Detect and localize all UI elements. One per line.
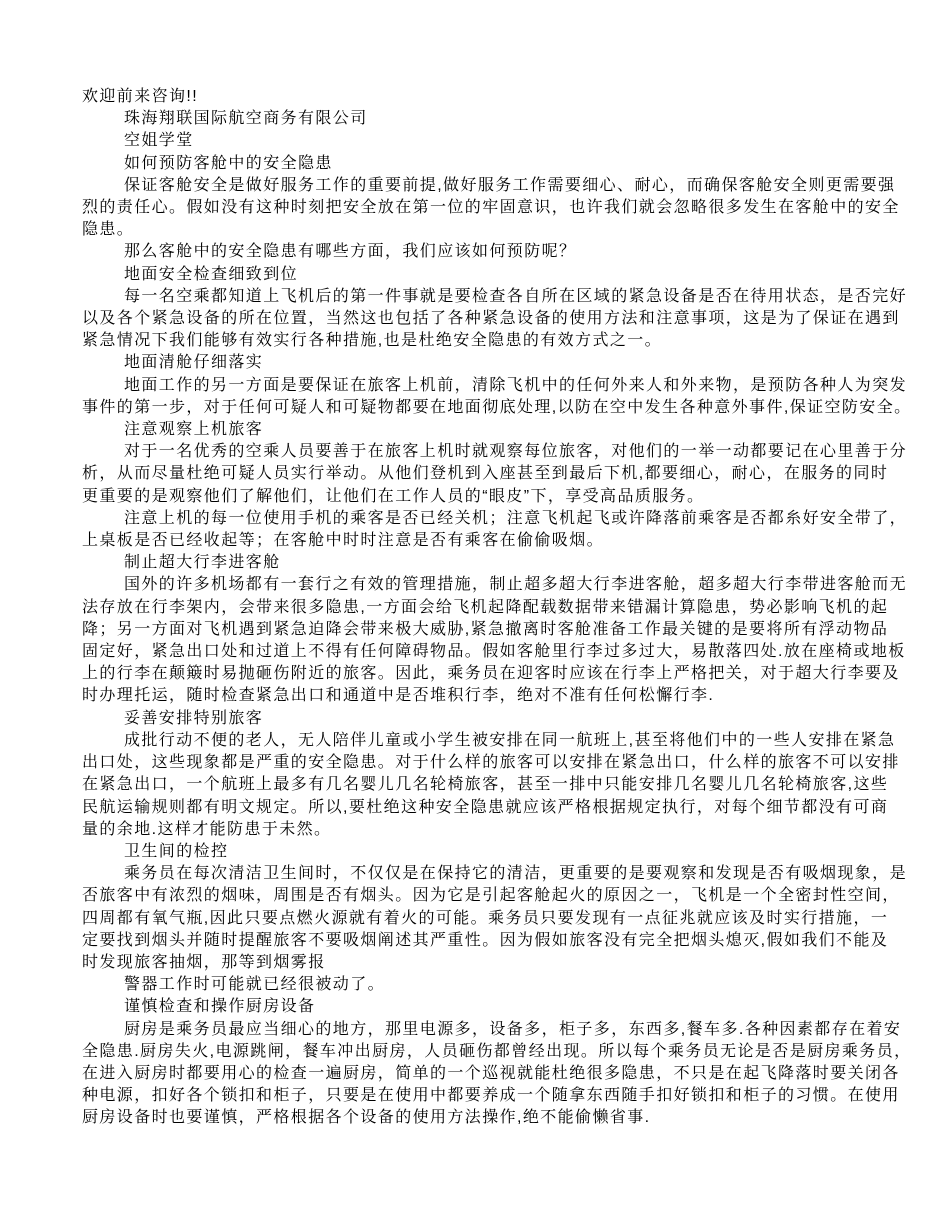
doc-line: 地面安全检查细致到位 xyxy=(82,264,878,286)
doc-line: 国外的许多机场都有一套行之有效的管理措施，制止超多超大行李进客舱，超多超大行李带… xyxy=(82,574,878,596)
document-page: 欢迎前来咨询!!珠海翔联国际航空商务有限公司空姐学堂如何预防客舱中的安全隐患保证… xyxy=(0,0,950,1230)
doc-line: 析，从而尽量杜绝可疑人员实行举动。从他们登机到入座甚至到最后下机,都要细心，耐心… xyxy=(82,463,878,485)
doc-line: 紧急情况下我们能够有效实行各种措施,也是杜绝安全隐患的有效方式之一。 xyxy=(82,330,878,352)
doc-line: 否旅客中有浓烈的烟味，周围是否有烟头。因为它是引起客舱起火的原因之一，飞机是一个… xyxy=(82,885,878,907)
doc-line: 欢迎前来咨询!! xyxy=(82,86,878,108)
doc-line: 珠海翔联国际航空商务有限公司 xyxy=(82,108,878,130)
doc-line: 出口处，这些现象都是严重的安全隐患。对于什么样的旅客可以安排在紧急出口，什么样的… xyxy=(82,752,878,774)
doc-line: 成批行动不便的老人，无人陪伴儿童或小学生被安排在同一航班上,甚至将他们中的一些人… xyxy=(82,730,878,752)
doc-line: 警器工作时可能就已经很被动了。 xyxy=(82,974,878,996)
doc-line: 制止超大行李进客舱 xyxy=(82,552,878,574)
doc-line: 种电源，扣好各个锁扣和柜子，只要是在使用中都要养成一个随拿东西随手扣好锁扣和柜子… xyxy=(82,1085,878,1107)
doc-line: 保证客舱安全是做好服务工作的重要前提,做好服务工作需要细心、耐心，而确保客舱安全… xyxy=(82,175,878,197)
doc-line: 时发现旅客抽烟，那等到烟雾报 xyxy=(82,952,878,974)
doc-line: 固定好，紧急出口处和过道上不得有任何障碍物品。假如客舱里行李过多过大，易散落四处… xyxy=(82,641,878,663)
doc-line: 法存放在行李架内，会带来很多隐患,一方面会给飞机起降配载数据带来错漏计算隐患，势… xyxy=(82,597,878,619)
doc-line: 那么客舱中的安全隐患有哪些方面，我们应该如何预防呢？ xyxy=(82,241,878,263)
doc-line: 厨房设备时也要谨慎，严格根据各个设备的使用方法操作,绝不能偷懒省事. xyxy=(82,1107,878,1129)
doc-line: 全隐患.厨房失火,电源跳闸，餐车冲出厨房，人员砸伤都曾经出现。所以每个乘务员无论… xyxy=(82,1041,878,1063)
doc-line: 在进入厨房时都要用心的检查一遍厨房，简单的一个巡视就能杜绝很多隐患，不只是在起飞… xyxy=(82,1063,878,1085)
doc-line: 烈的责任心。假如没有这种时刻把安全放在第一位的牢固意识，也许我们就会忽略很多发生… xyxy=(82,197,878,219)
doc-line: 每一名空乘都知道上飞机后的第一件事就是要检查各自所在区域的紧急设备是否在待用状态… xyxy=(82,286,878,308)
doc-line: 厨房是乘务员最应当细心的地方，那里电源多，设备多，柜子多，东西多,餐车多.各种因… xyxy=(82,1019,878,1041)
doc-line: 如何预防客舱中的安全隐患 xyxy=(82,153,878,175)
doc-line: 对于一名优秀的空乘人员要善于在旅客上机时就观察每位旅客，对他们的一举一动都要记在… xyxy=(82,441,878,463)
doc-line: 注意上机的每一位使用手机的乘客是否已经关机；注意飞机起飞或许降落前乘客是否都糸好… xyxy=(82,508,878,530)
document-body: 欢迎前来咨询!!珠海翔联国际航空商务有限公司空姐学堂如何预防客舱中的安全隐患保证… xyxy=(82,86,878,1130)
doc-line: 地面清舱仔细落实 xyxy=(82,352,878,374)
doc-line: 四周都有氧气瓶,因此只要点燃火源就有着火的可能。乘务员只要发现有一点征兆就应该及… xyxy=(82,908,878,930)
doc-line: 降；另一方面对飞机遇到紧急迫降会带来极大威胁,紧急撤离时客舱准备工作最关键的是要… xyxy=(82,619,878,641)
doc-line: 乘务员在每次清洁卫生间时，不仅仅是在保持它的清洁，更重要的是要观察和发现是否有吸… xyxy=(82,863,878,885)
doc-line: 上桌板是否已经收起等；在客舱中时时注意是否有乘客在偷偷吸烟。 xyxy=(82,530,878,552)
doc-line: 定要找到烟头并随时提醒旅客不要吸烟阐述其严重性。因为假如旅客没有完全把烟头熄灭,… xyxy=(82,930,878,952)
doc-line: 注意观察上机旅客 xyxy=(82,419,878,441)
doc-line: 地面工作的另一方面是要保证在旅客上机前，清除飞机中的任何外来人和外来物，是预防各… xyxy=(82,375,878,397)
doc-line: 民航运输规则都有明文规定。所以,要杜绝这种安全隐患就应该严格根据规定执行，对每个… xyxy=(82,797,878,819)
doc-line: 妥善安排特别旅客 xyxy=(82,708,878,730)
doc-line: 在紧急出口，一个航班上最多有几名婴儿几名轮椅旅客，甚至一排中只能安排几名婴儿几名… xyxy=(82,774,878,796)
doc-line: 谨慎检查和操作厨房设备 xyxy=(82,996,878,1018)
doc-line: 空姐学堂 xyxy=(82,130,878,152)
doc-line: 更重要的是观察他们了解他们，让他们在工作人员的“眼皮”下，享受高品质服务。 xyxy=(82,486,878,508)
doc-line: 量的余地.这样才能防患于未然。 xyxy=(82,819,878,841)
doc-line: 隐患。 xyxy=(82,219,878,241)
doc-line: 以及各个紧急设备的所在位置，当然这也包括了各种紧急设备的使用方法和注意事项，这是… xyxy=(82,308,878,330)
doc-line: 时办理托运，随时检查紧急出口和通道中是否堆积行李，绝对不准有任何松懈行李. xyxy=(82,685,878,707)
doc-line: 上的行李在颠簸时易抛砸伤附近的旅客。因此，乘务员在迎客时应该在行李上严格把关，对… xyxy=(82,663,878,685)
doc-line: 卫生间的检控 xyxy=(82,841,878,863)
doc-line: 事件的第一步，对于任何可疑人和可疑物都要在地面彻底处理,以防在空中发生各种意外事… xyxy=(82,397,878,419)
